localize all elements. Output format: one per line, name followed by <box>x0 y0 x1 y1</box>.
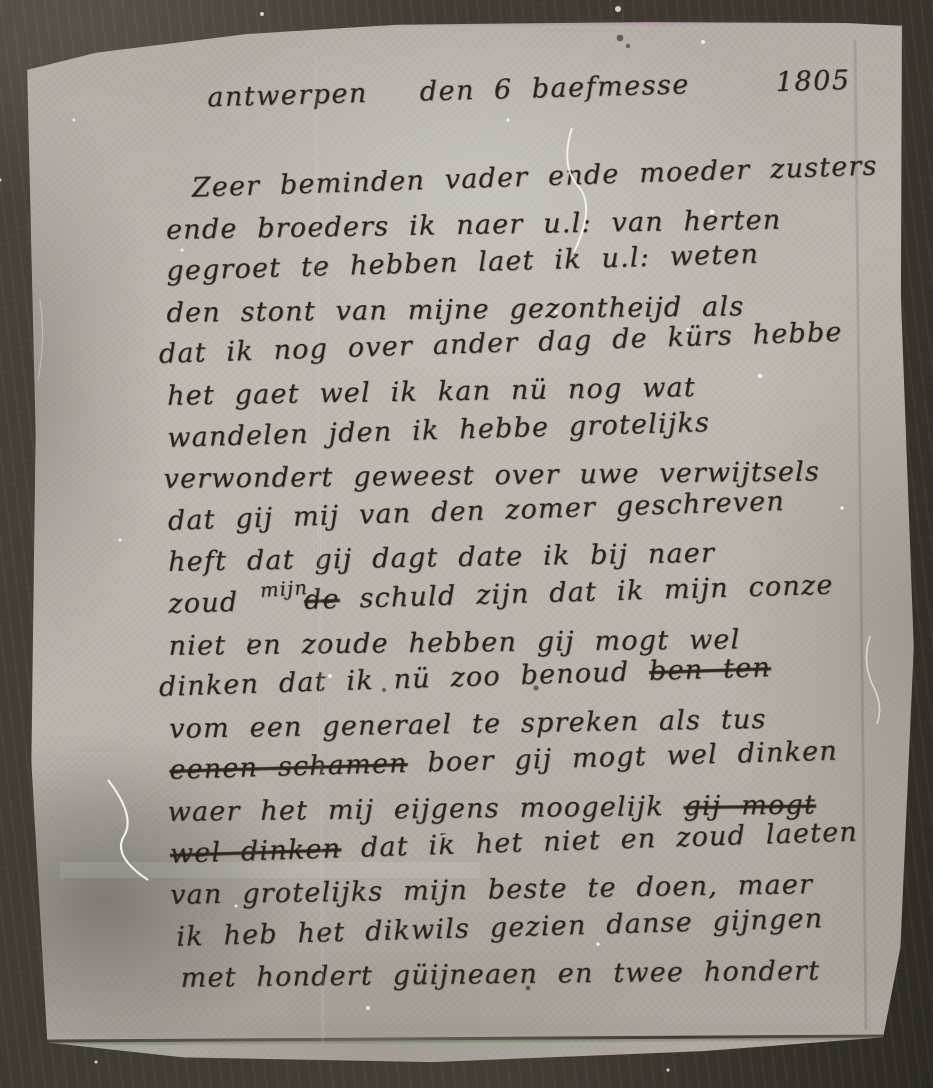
letter-line: met hondert güijneaen en twee hondert <box>180 950 910 1000</box>
letter-paper: antwerpenden 6 baefmesse1805 Zeer bemind… <box>19 15 917 1066</box>
letter-text-inserted: mijn <box>258 567 309 612</box>
letter-text: boer gij mogt wel dinken <box>407 736 838 779</box>
letter-text-struck: eenen schamen <box>169 748 408 786</box>
letter-text: Zeer beminden vader ende moeder zusters <box>191 151 878 204</box>
heading-year: 1805 <box>775 65 851 98</box>
heading-date: den 6 baefmesse <box>419 69 690 107</box>
letter-text: met hondert güijneaen en twee hondert <box>180 956 820 994</box>
heading-place: antwerpen <box>207 78 368 113</box>
letter-heading: antwerpenden 6 baefmesse1805 <box>207 65 851 113</box>
letter-text: schuld zijn dat ik mijn conze <box>339 570 834 615</box>
letter-text-struck: ben ten <box>649 652 772 687</box>
letter-body: Zeer beminden vader ende moeder zusterse… <box>166 163 911 999</box>
letter-text-struck: de <box>304 584 341 616</box>
photo-background: antwerpenden 6 baefmesse1805 Zeer bemind… <box>0 0 933 1088</box>
letter-text: zoud <box>168 586 259 620</box>
letter-text-struck: wel dinken <box>169 833 341 870</box>
